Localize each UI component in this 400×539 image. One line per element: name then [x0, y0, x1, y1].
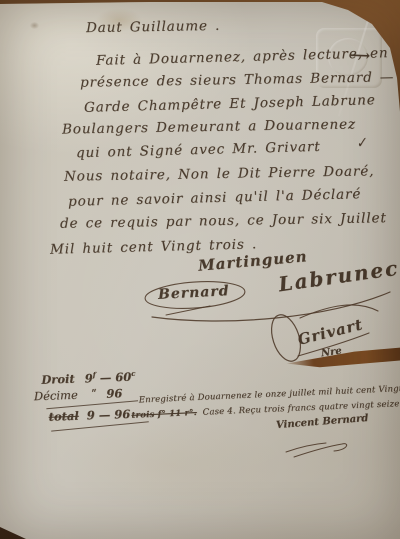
bernard-underline-flourish	[166, 306, 210, 315]
photograph-of-document: Daut Guillaume . Fait à Douarnenez, aprè…	[0, 0, 400, 539]
manuscript-line-8: pour ne savoir ainsi qu'il l'a Déclaré	[68, 186, 362, 210]
signature-registration-receiver: Vincent Bernard	[276, 413, 369, 431]
signature-bernard: Bernard	[158, 283, 230, 303]
fee-droit-cents: 60	[115, 370, 131, 385]
fee-droit-francs-unit: f	[92, 370, 95, 379]
fee-droit-label: Droit	[41, 372, 75, 387]
fee-total-dash: —	[99, 408, 111, 422]
fee-total-cents: 96	[114, 407, 130, 422]
fee-droit-dash: —	[100, 370, 112, 384]
registration-line-2-start: trois f° 11 r°.	[131, 408, 197, 421]
signature-notary: Grivart	[296, 315, 365, 349]
manuscript-line-9: de ce requis par nous, ce Jour six Juill…	[60, 210, 387, 232]
notary-opening-stroke	[300, 305, 378, 318]
manuscript-line-1: Daut Guillaume .	[86, 18, 220, 36]
paper-stain	[30, 22, 39, 29]
fee-total-label: total	[48, 409, 79, 424]
fee-total-francs: 9	[86, 408, 94, 422]
fee-droit-row: Droit 9f — 60c	[41, 369, 136, 387]
manuscript-line-6: qui ont Signé avec Mr. Grivart	[76, 139, 321, 161]
fee-total-row: total 9 — 96	[48, 407, 130, 424]
manuscript-line-7: Nous notaire, Non le Dit Pierre Doaré,	[64, 163, 375, 184]
manuscript-line-4: Garde Champêtre Et Joseph Labrune	[84, 92, 376, 116]
fee-decime-row: Décime ʺ 96	[34, 386, 123, 403]
fee-decime-label: Décime	[34, 388, 78, 404]
paper-sheet: Daut Guillaume . Fait à Douarnenez, aprè…	[0, 0, 400, 539]
fee-decime-ditto: ʺ	[91, 387, 97, 401]
renvoi-check-mark: ✓	[355, 135, 369, 152]
renvoi-arrow-mark: ⟶	[350, 48, 371, 65]
registration-block: Enregistré à Douarnenez le onze juillet …	[130, 382, 400, 469]
fee-droit-cents-unit: c	[131, 369, 136, 378]
manuscript-line-5: Boulangers Demeurant a Douarnenez	[62, 116, 356, 137]
fee-decime-value: 96	[106, 386, 122, 401]
